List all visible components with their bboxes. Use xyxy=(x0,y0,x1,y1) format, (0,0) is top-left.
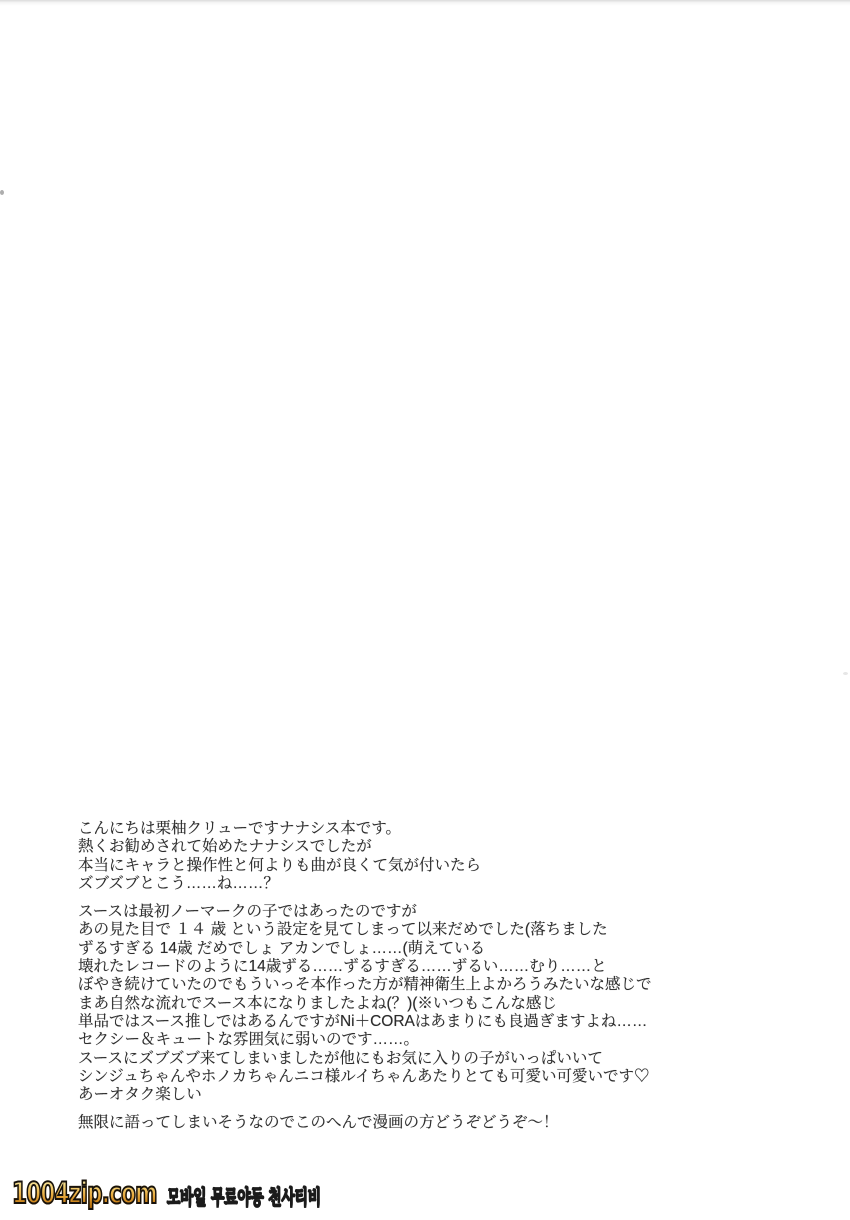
text-line: ズブズブとこう……ね……？ xyxy=(78,875,652,893)
text-line: あの見た目で １４ 歳 という設定を見てしまって以来だめでした(落ちました xyxy=(78,921,652,939)
text-line: ぼやき続けていたのでもういっそ本作った方が精神衛生上よかろうみたいな感じで xyxy=(78,976,652,994)
text-line: まあ自然な流れでスース本になりましたよね(？)(※いつもこんな感じ xyxy=(78,995,652,1013)
text-line: スースにズブズブ来てしまいましたが他にもお気に入りの子がいっぱいいて xyxy=(78,1050,652,1068)
scan-speck xyxy=(0,190,4,195)
text-line: スースは最初ノーマークの子ではあったのですが xyxy=(78,903,652,921)
watermark-tagline: 모바일 무료야동 천사티비 xyxy=(167,1181,321,1210)
text-line: 本当にキャラと操作性と何よりも曲が良くて気が付いたら xyxy=(78,857,652,875)
text-line: シンジュちゃんやホノカちゃんニコ様ルイちゃんあたりとても可愛い可愛いです♡ xyxy=(78,1068,652,1086)
text-line: 単品ではスース推しではあるんですがNi＋CORAはあまりにも良過ぎますよね…… xyxy=(78,1013,652,1031)
text-line: あーオタク楽しい xyxy=(78,1086,652,1104)
afterword-paragraph: 無限に語ってしまいそうなのでこのへんで漫画の方どうぞどうぞ～！ xyxy=(78,1114,652,1132)
afterword-paragraph: スースは最初ノーマークの子ではあったのですがあの見た目で １４ 歳 という設定を… xyxy=(78,903,652,1105)
afterword-paragraph: こんにちは栗柚クリューですナナシス本です。熱くお勧めされて始めたナナシスでしたが… xyxy=(78,820,652,893)
text-line: こんにちは栗柚クリューですナナシス本です。 xyxy=(78,820,652,838)
text-line: 無限に語ってしまいそうなのでこのへんで漫画の方どうぞどうぞ～！ xyxy=(78,1114,652,1132)
text-line: 熱くお勧めされて始めたナナシスでしたが xyxy=(78,838,652,856)
scanned-doujinshi-page: こんにちは栗柚クリューですナナシス本です。熱くお勧めされて始めたナナシスでしたが… xyxy=(0,0,850,1220)
watermark-site-url: 1004zip.com xyxy=(12,1176,157,1210)
afterword-text-block: こんにちは栗柚クリューですナナシス本です。熱くお勧めされて始めたナナシスでしたが… xyxy=(78,820,652,1133)
scan-edge-artifact xyxy=(0,0,850,6)
text-line: 壊れたレコードのように14歳ずる……ずるすぎる……ずるい……むり……と xyxy=(78,958,652,976)
scan-speck xyxy=(843,672,848,675)
text-line: ずるすぎる 14歳 だめでしょ アカンでしょ……(萌えている xyxy=(78,940,652,958)
text-line: セクシー＆キュートな雰囲気に弱いのです……。 xyxy=(78,1031,652,1049)
